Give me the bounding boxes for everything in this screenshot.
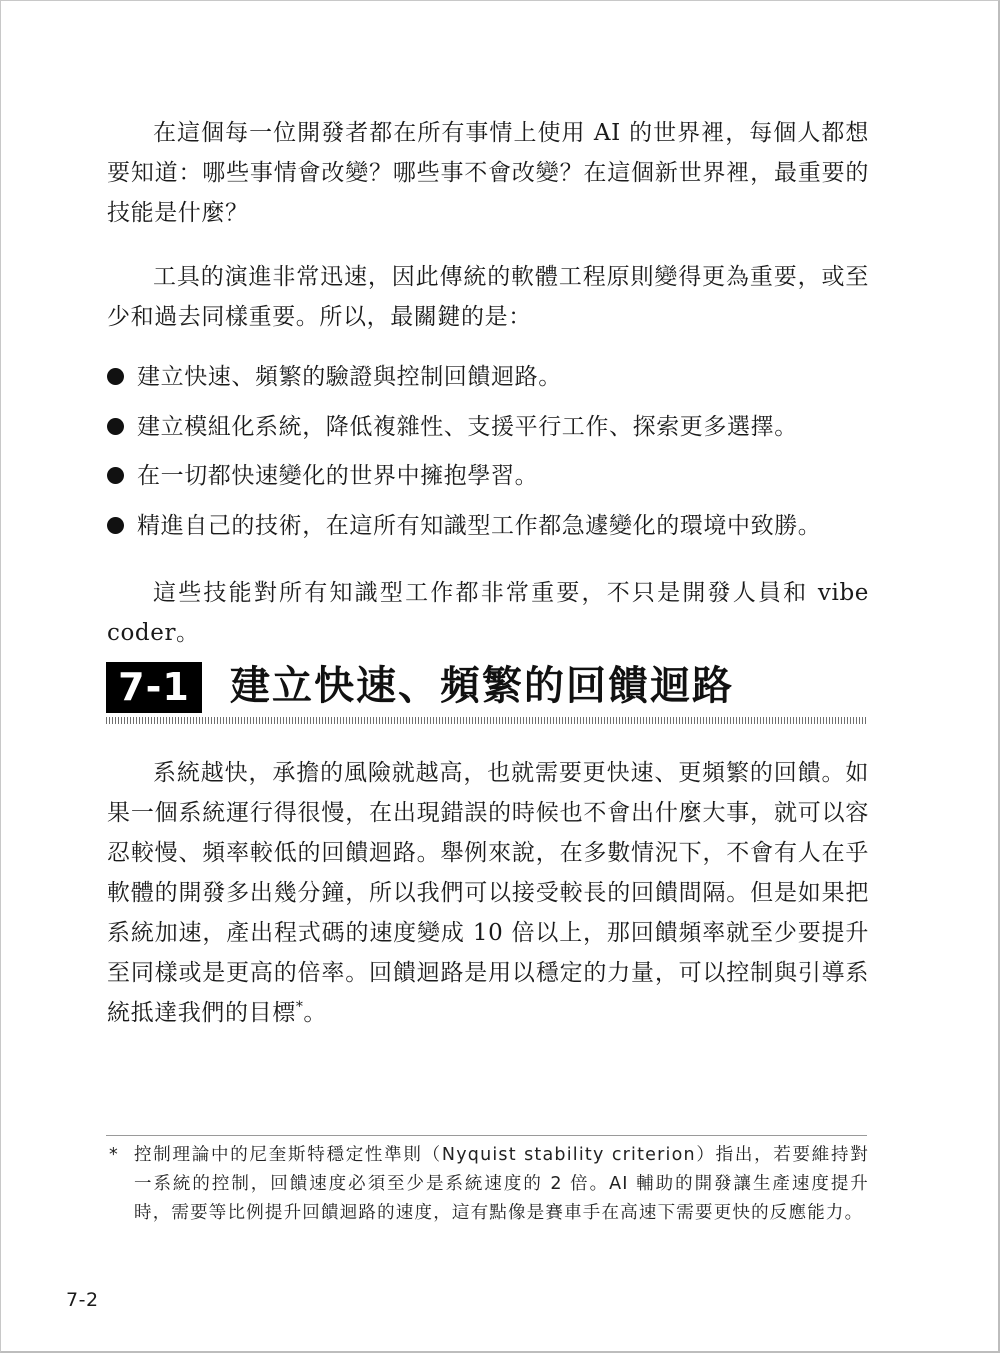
list-item-text: 精進自己的技術，在這所有知識型工作都急遽變化的環境中致勝。 <box>137 506 821 546</box>
tools-paragraph: 工具的演進非常迅速，因此傳統的軟體工程原則變得更為重要，或至少和過去同樣重要。所… <box>107 257 869 337</box>
list-item-text: 建立模組化系統，降低複雜性、支援平行工作、探索更多選擇。 <box>137 407 798 447</box>
section-body-text: 系統越快，承擔的風險就越高，也就需要更快速、更頻繁的回饋。如果一個系統運行得很慢… <box>107 760 869 1026</box>
section-heading: 7-1 建立快速、頻繁的回饋迴路 <box>106 661 868 725</box>
intro-paragraph: 在這個每一位開發者都在所有事情上使用 AI 的世界裡，每個人都想要知道：哪些事情… <box>107 113 869 233</box>
list-item-text: 建立快速、頻繁的驗證與控制回饋迴路。 <box>137 357 562 397</box>
section-body-end: 。 <box>303 1000 327 1026</box>
section-number-badge: 7-1 <box>106 662 202 713</box>
list-item: 建立快速、頻繁的驗證與控制回饋迴路。 <box>107 357 877 407</box>
list-item: 在一切都快速變化的世界中擁抱學習。 <box>107 456 877 506</box>
footnote-divider <box>106 1135 867 1136</box>
bullet-icon <box>107 467 124 484</box>
section-title: 建立快速、頻繁的回饋迴路 <box>230 658 734 714</box>
book-page: 在這個每一位開發者都在所有事情上使用 AI 的世界裡，每個人都想要知道：哪些事情… <box>0 0 1000 1353</box>
footnote-mark: * <box>109 1141 129 1170</box>
bullet-icon <box>107 418 124 435</box>
section-body-paragraph: 系統越快，承擔的風險就越高，也就需要更快速、更頻繁的回饋。如果一個系統運行得很慢… <box>107 753 869 1033</box>
heading-divider <box>106 717 867 724</box>
footnote-text: 控制理論中的尼奎斯特穩定性準則（Nyquist stability criter… <box>134 1141 869 1228</box>
list-item-text: 在一切都快速變化的世界中擁抱學習。 <box>137 456 538 496</box>
page-number: 7-2 <box>66 1289 99 1311</box>
key-skills-list: 建立快速、頻繁的驗證與控制回饋迴路。 建立模組化系統，降低複雜性、支援平行工作、… <box>107 357 877 555</box>
skills-note-paragraph: 這些技能對所有知識型工作都非常重要，不只是開發人員和 vibe coder。 <box>107 573 869 653</box>
list-item: 精進自己的技術，在這所有知識型工作都急遽變化的環境中致勝。 <box>107 506 877 556</box>
bullet-icon <box>107 368 124 385</box>
footnote: * 控制理論中的尼奎斯特穩定性準則（Nyquist stability crit… <box>107 1141 869 1228</box>
bullet-icon <box>107 517 124 534</box>
list-item: 建立模組化系統，降低複雜性、支援平行工作、探索更多選擇。 <box>107 407 877 457</box>
